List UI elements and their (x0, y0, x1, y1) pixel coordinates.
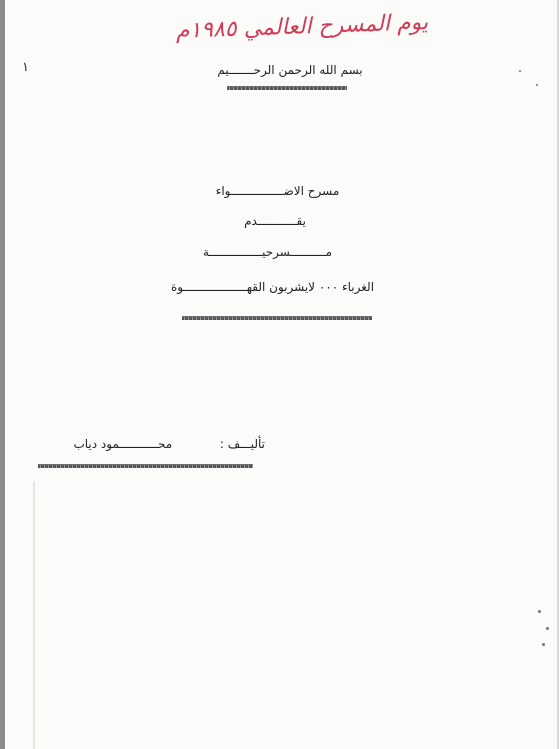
basmala: بسم الله الرحمن الرحـــــــيم (200, 63, 380, 77)
page-number: ١ (22, 60, 29, 75)
author-underline (38, 464, 253, 468)
page-fold-line (33, 482, 35, 749)
play-title: الغرباء ٠٠٠ لايشربون القهـــــــــــــــ… (150, 280, 395, 294)
scan-speck (519, 70, 521, 72)
author-name: محـــــــــــمود دياب (73, 437, 172, 451)
scan-speck (546, 627, 549, 630)
presents-line: يقـــــــــــدم (215, 214, 335, 228)
basmala-underline (227, 86, 347, 90)
title-underline (182, 316, 372, 320)
handwritten-note: يوم المسرح العالمي ١٩٨٥م (138, 10, 429, 45)
scan-speck (536, 84, 538, 86)
author-line: تأليـــف : محـــــــــــمود دياب (40, 437, 265, 451)
genre-line: مــــــــــسرحيـــــــــــــــة (180, 245, 355, 259)
scan-speck (542, 643, 545, 646)
author-label: تأليـــف : (220, 437, 265, 451)
scan-edge-left (0, 0, 5, 749)
scan-speck (538, 610, 541, 613)
theater-name: مسرح الاضـــــــــــــــواء (180, 184, 375, 198)
